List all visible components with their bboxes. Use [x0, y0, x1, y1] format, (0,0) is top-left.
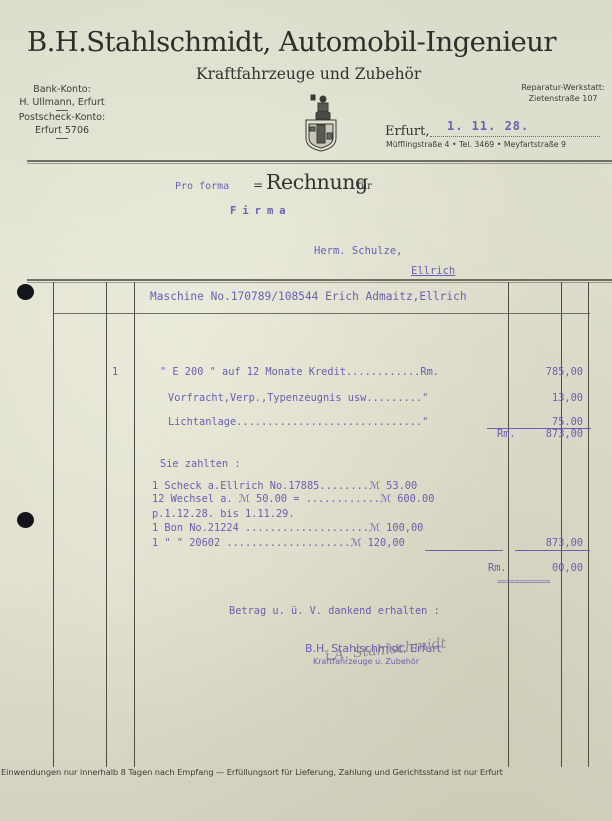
- invoice-paper: B.H.Stahlschmidt, Automobil-Ingenieur Kr…: [0, 0, 612, 821]
- company-address: Müfflingstraße 4 • Tel. 3469 • Meyfartst…: [386, 140, 566, 149]
- workshop-details: Reparatur-Werkstatt: Zietenstraße 107: [508, 82, 612, 104]
- column-line: [508, 282, 509, 767]
- bank-value: H. Ullmann, Erfurt: [12, 97, 112, 110]
- company-subtitle: Kraftfahrzeuge und Zubehör: [196, 65, 421, 83]
- customer-city: Ellrich: [411, 265, 455, 277]
- line-item-qty: 1: [112, 366, 118, 378]
- punch-hole: [17, 284, 34, 300]
- fuer-label: für: [357, 181, 372, 192]
- payment-line: 1 " " 20602 ....................ℳ 120,00: [152, 537, 405, 549]
- payment-line: 12 Wechsel a. ℳ 50.00 = ............ℳ 60…: [152, 493, 434, 505]
- workshop-label: Reparatur-Werkstatt:: [508, 82, 612, 93]
- equals-sign: =: [253, 178, 263, 192]
- footer-terms: Einwendungen nur innerhalb 8 Tagen nach …: [1, 767, 503, 777]
- bank-details: Bank-Konto: H. Ullmann, Erfurt Postschec…: [12, 84, 112, 140]
- subtotal-amount: 873,00: [535, 428, 583, 440]
- column-line: [588, 282, 589, 767]
- machine-description: Maschine No.170789/108544 Erich Admaitz,…: [150, 290, 467, 303]
- divider: [56, 110, 68, 111]
- column-line: [106, 282, 107, 767]
- column-line: [53, 282, 54, 767]
- firma-label: Firma: [230, 205, 292, 217]
- customer-name: Herm. Schulze,: [314, 245, 403, 257]
- payments-heading: Sie zahlten :: [160, 458, 241, 470]
- table-top-rule-thin: [27, 282, 612, 283]
- balance-double-rule: ============: [497, 577, 550, 586]
- payment-line: 1 Bon No.21224 ....................ℳ 100…: [152, 522, 423, 534]
- proforma-label: Pro forma: [175, 181, 229, 192]
- postscheck-label: Postscheck-Konto:: [12, 112, 112, 125]
- company-title: B.H.Stahlschmidt, Automobil-Ingenieur: [27, 26, 556, 58]
- line-item-description: " E 200 " auf 12 Monate Kredit..........…: [160, 366, 439, 378]
- balance-label: Rm.: [488, 562, 507, 574]
- subtotal-label: Rm.: [497, 428, 516, 440]
- line-item-amount: 785,00: [538, 366, 583, 378]
- balance-amount: 00,00: [535, 562, 583, 574]
- payment-line: p.1.12.28. bis 1.11.29.: [152, 508, 295, 520]
- bank-label: Bank-Konto:: [12, 84, 112, 97]
- invoice-title: Rechnung: [266, 170, 368, 194]
- divider: [56, 138, 68, 139]
- receipt-text: Betrag u. ü. V. dankend erhalten :: [229, 605, 440, 617]
- payments-total-amount: 873,00: [535, 537, 583, 549]
- payments-rule: [425, 550, 503, 551]
- punch-hole: [17, 512, 34, 528]
- line-item-amount: 75.00: [538, 416, 583, 428]
- line-item-amount: 13,00: [538, 392, 583, 404]
- line-item-description: Vorfracht,Verp.,Typenzeugnis usw........…: [168, 392, 428, 404]
- city-label: Erfurt,: [385, 124, 429, 139]
- line-item-description: Lichtanlage.............................…: [168, 416, 428, 428]
- payment-line: 1 Scheck a.Ellrich No.17885........ℳ 53.…: [152, 480, 417, 492]
- payments-total-rule: [515, 550, 590, 551]
- date-line: [430, 136, 600, 137]
- table-top-rule: [27, 279, 612, 281]
- coat-of-arms-icon: [303, 93, 339, 153]
- column-line: [561, 282, 562, 767]
- header-rule: [27, 160, 612, 162]
- postscheck-value: Erfurt 5706: [12, 125, 112, 138]
- header-rule-thin: [27, 163, 612, 164]
- invoice-date: 1. 11. 28.: [447, 119, 529, 133]
- column-line: [134, 282, 135, 767]
- workshop-address: Zietenstraße 107: [508, 93, 612, 104]
